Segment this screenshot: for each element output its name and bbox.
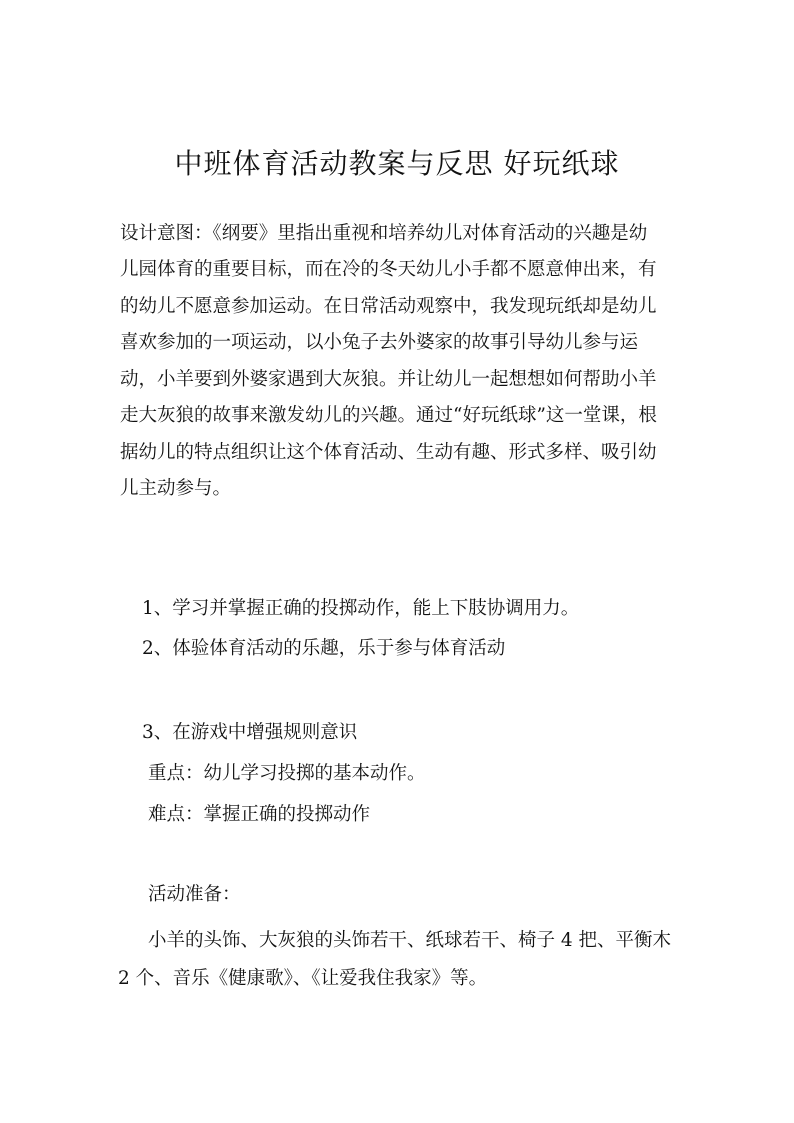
intro-line: 据幼儿的特点组织让这个体育活动、生动有趣、形式多样、吸引幼 <box>120 441 657 465</box>
intro-line: 动，小羊要到外婆家遇到大灰狼。并让幼儿一起想想如何帮助小羊 <box>120 368 657 392</box>
intro-line: 喜欢参加的一项运动，以小兔子去外婆家的故事引导幼儿参与运 <box>120 331 638 355</box>
intro-line: 儿主动参与。 <box>120 477 231 501</box>
document-page: 中班体育活动教案与反思 好玩纸球 设计意图：《纲要》里指出重视和培养幼儿对体育活… <box>0 0 794 1123</box>
goal-item: 1、学习并掌握正确的投掷动作，能上下肢协调用力。 <box>142 597 579 621</box>
document-title: 中班体育活动教案与反思 好玩纸球 <box>0 144 794 184</box>
preparation-line: 小羊的头饰、大灰狼的头饰若干、纸球若干、椅子 4 把、平衡木 <box>148 929 671 953</box>
intro-line: 设计意图：《纲要》里指出重视和培养幼儿对体育活动的兴趣是幼 <box>120 222 647 246</box>
preparation-heading: 活动准备： <box>148 883 241 907</box>
intro-line: 的幼儿不愿意参加运动。在日常活动观察中，我发现玩纸却是幼儿 <box>120 295 657 319</box>
goal-item: 2、体验体育活动的乐趣，乐于参与体育活动 <box>142 637 505 661</box>
preparation-line: 2 个、音乐《健康歌》、《让爱我住我家》等。 <box>118 967 487 991</box>
difficulty-point: 难点：掌握正确的投掷动作 <box>148 803 370 827</box>
intro-line: 走大灰狼的故事来激发幼儿的兴趣。通过“好玩纸球”这一堂课，根 <box>120 404 657 428</box>
intro-line: 儿园体育的重要目标，而在冷的冬天幼儿小手都不愿意伸出来，有 <box>120 258 657 282</box>
key-point: 重点：幼儿学习投掷的基本动作。 <box>148 762 426 786</box>
goal-item: 3、在游戏中增强规则意识 <box>142 721 357 745</box>
